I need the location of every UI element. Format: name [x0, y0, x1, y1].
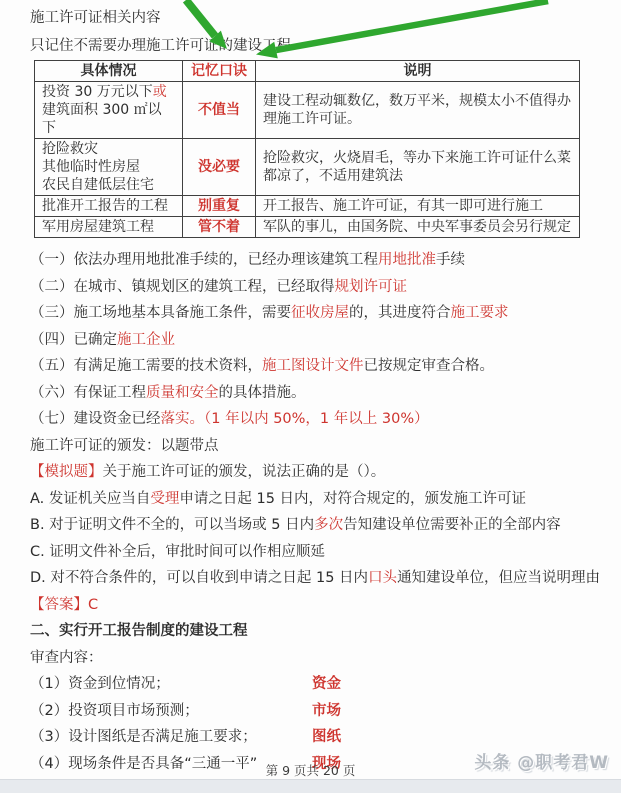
mnemonic-cell: 管不着 [183, 217, 256, 238]
review-item-keyword: 市场 [312, 701, 341, 721]
option-a: A. 发证机关应当自受理申请之日起 15 日内，对符合规定的，颁发施工许可证 [30, 489, 606, 509]
option-b: B. 对于证明文件不全的，可以当场或 5 日内多次告知建设单位需要补正的全部内容 [30, 515, 606, 535]
watermark: 头条 @职考君W [474, 752, 609, 774]
desc-cell: 军队的事儿，由国务院、中央军事委员会另行规定 [256, 217, 580, 238]
review-item-2: （2）投资项目市场预测； 市场 [30, 701, 606, 721]
col-header-situation: 具体情况 [35, 61, 183, 82]
review-item-1: （1）资金到位情况； 资金 [30, 674, 606, 694]
section2-title: 二、实行开工报告制度的建设工程 [30, 621, 606, 641]
condition-item-4: （四）已确定施工企业 [30, 330, 606, 350]
condition-item-3: （三）施工场地基本具备施工条件，需要征收房屋的，其进度符合施工要求 [30, 303, 606, 323]
condition-item-5: （五）有满足施工需要的技术资料，施工图设计文件已按规定审查合格。 [30, 356, 606, 376]
review-item-text: （1）资金到位情况； [30, 676, 170, 692]
col-header-mnemonic: 记忆口诀 [183, 61, 256, 82]
review-item-3: （3）设计图纸是否满足施工要求； 图纸 [30, 727, 606, 747]
subheading: 只记住不需要办理施工许可证的建设工程 [30, 36, 606, 56]
review-item-keyword: 资金 [312, 674, 341, 694]
bottom-strip [0, 779, 621, 793]
condition-item-6: （六）有保证工程质量和安全的具体措施。 [30, 383, 606, 403]
table-row: 抢险救灾 其他临时性房屋 农民自建低层住宅 没必要 抢险救灾，火烧眉毛，等办下来… [35, 139, 580, 196]
case-cell: 军用房屋建筑工程 [35, 217, 183, 238]
condition-item-1: （一）依法办理用地批准手续的，已经办理该建筑工程用地批准手续 [30, 250, 606, 270]
condition-item-2: （二）在城市、镇规划区的建筑工程，已经取得规划许可证 [30, 277, 606, 297]
review-item-text: （2）投资项目市场预测； [30, 703, 199, 719]
permit-exemption-table: 具体情况 记忆口诀 说明 投资 30 万元以下或 建筑面积 300 ㎡以下 不值… [34, 60, 580, 238]
condition-item-7: （七）建设资金已经落实。（1 年以内 50%，1 年以上 30%） [30, 409, 606, 429]
table-header-row: 具体情况 记忆口诀 说明 [35, 61, 580, 82]
review-item-keyword: 图纸 [312, 727, 341, 747]
table-row: 军用房屋建筑工程 管不着 军队的事儿，由国务院、中央军事委员会另行规定 [35, 217, 580, 238]
document-content: 施工许可证相关内容 只记住不需要办理施工许可证的建设工程 具体情况 记忆口诀 说… [0, 0, 621, 774]
document-page: 施工许可证相关内容 只记住不需要办理施工许可证的建设工程 具体情况 记忆口诀 说… [0, 0, 621, 793]
mock-question: 【模拟题】关于施工许可证的颁发，说法正确的是（）。 [30, 462, 606, 482]
review-item-text: （3）设计图纸是否满足施工要求； [30, 729, 257, 745]
issuance-intro: 施工许可证的颁发：以题带点 [30, 436, 606, 456]
mnemonic-cell: 不值当 [183, 82, 256, 139]
table-row: 批准开工报告的工程 别重复 开工报告、施工许可证，有其一即可进行施工 [35, 196, 580, 217]
option-d: D. 对不符合条件的，可以自收到申请之日起 15 日内口头通知建设单位，但应当说… [30, 568, 606, 588]
case-cell: 抢险救灾 其他临时性房屋 农民自建低层住宅 [35, 139, 183, 196]
desc-cell: 建设工程动辄数亿，数万平米，规模太小不值得办理施工许可证。 [256, 82, 580, 139]
table-row: 投资 30 万元以下或 建筑面积 300 ㎡以下 不值当 建设工程动辄数亿，数万… [35, 82, 580, 139]
mnemonic-cell: 没必要 [183, 139, 256, 196]
desc-cell: 开工报告、施工许可证，有其一即可进行施工 [256, 196, 580, 217]
case-cell: 投资 30 万元以下或 建筑面积 300 ㎡以下 [35, 82, 183, 139]
desc-cell: 抢险救灾，火烧眉毛，等办下来施工许可证什么菜都凉了，不适用建筑法 [256, 139, 580, 196]
case-cell: 批准开工报告的工程 [35, 196, 183, 217]
col-header-explanation: 说明 [256, 61, 580, 82]
option-c: C. 证明文件补全后，审批时间可以作相应顺延 [30, 542, 606, 562]
answer-line: 【答案】C [30, 595, 606, 615]
mnemonic-cell: 别重复 [183, 196, 256, 217]
review-intro: 审查内容： [30, 648, 606, 668]
page-title: 施工许可证相关内容 [30, 8, 606, 28]
